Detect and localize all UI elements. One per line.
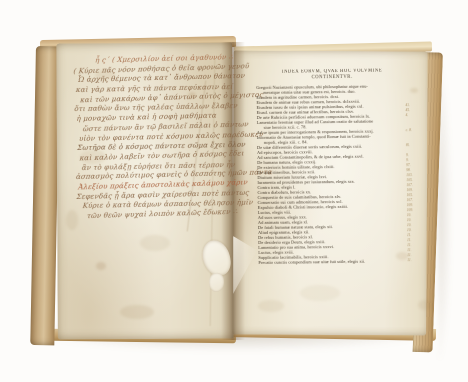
index-entry-text: Precatio cunctis compendium suæ uitæ fui…: [258, 258, 365, 264]
stain: [120, 305, 154, 319]
stain: [410, 88, 418, 93]
stain: [96, 262, 106, 270]
index-title-line-2: CONTINENTVR.: [256, 74, 408, 81]
margin-annotation: 11.: [407, 258, 411, 263]
book-photograph: ἦ ς´ ( Χμερσιλίον ἀεί σοι ἀγαθυνόν ∴( Κύ…: [0, 0, 468, 382]
stain: [140, 235, 170, 251]
stain: [300, 285, 340, 301]
printed-index-block: INDEX EORVM, QVAE HOC VOLVMINE CONTINENT…: [256, 68, 410, 264]
greek-manuscript-text: ἦ ς´ ( Χμερσιλίον ἀεί σοι ἀγαθυνόν ∴( Κύ…: [73, 53, 239, 222]
index-entries: Gregorii Nazianzeni opusculum, ubi philo…: [256, 83, 410, 265]
stain: [258, 300, 284, 312]
stain: [418, 300, 432, 310]
